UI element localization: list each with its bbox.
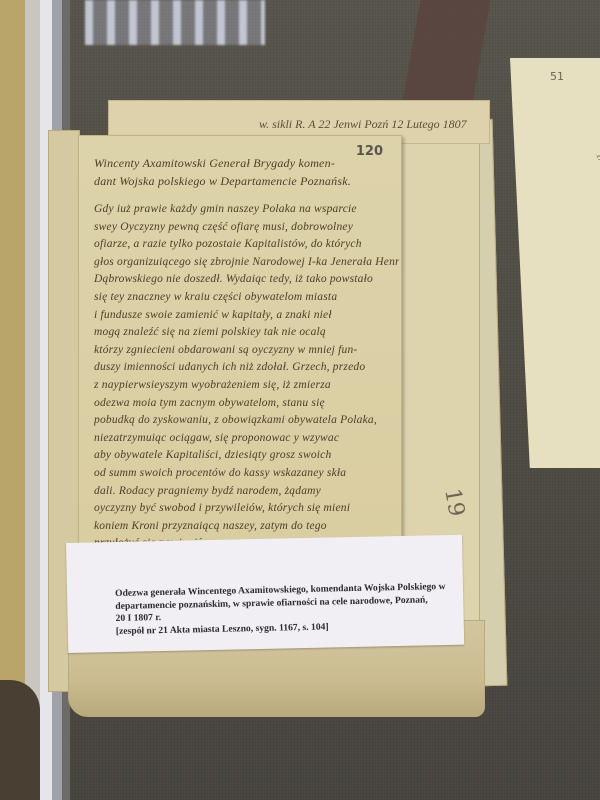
body-line: oyczyzny być swobod i przywileiów, który… — [94, 500, 399, 518]
body-line: odezwa moia tym zacnym obywatelom, stanu… — [94, 395, 399, 413]
adjacent-page-number: 51 — [550, 70, 564, 83]
manuscript-heading: Wincenty Axamitowski Generał Brygady kom… — [94, 154, 394, 190]
body-line: pobudką do zyskowaniu, z obowiązkami oby… — [94, 412, 399, 430]
body-line: koniem Kroni przyznaiącą naszey, zatym d… — [94, 518, 399, 536]
body-line: mogą znaleźć się na ziemi polskiey tak n… — [94, 324, 399, 342]
body-line: którzy zgniecieni obdarowani są oyczyzny… — [94, 342, 399, 360]
caption-label: Odezwa generała Wincentego Axamitowskieg… — [66, 535, 464, 653]
body-line: od summ swoich procentów do kassy wskaza… — [94, 465, 399, 483]
body-line: duszy imienności udanych ich niż zdołał.… — [94, 359, 399, 377]
side-page-number: 19 — [439, 487, 468, 519]
glass-reflection — [85, 0, 265, 45]
heading-line: Wincenty Axamitowski Generał Brygady kom… — [94, 154, 394, 172]
body-line: niezatrzymuiąc ociągaw, się proponowac y… — [94, 430, 399, 448]
body-line: z naypierwsieyszym wyobrażeniem się, iż … — [94, 377, 399, 395]
body-line: aby obywatele Kapitaliści, dziesiąty gro… — [94, 447, 399, 465]
body-line: Dąbrowskiego nie doszedł. Wydaiąc tedy, … — [94, 271, 399, 289]
adjacent-margin-note: 1/- — [593, 151, 600, 167]
body-line: dali. Rodacy pragniemy bydź narodem, żąd… — [94, 483, 399, 501]
body-line: Gdy iuż prawie każdy gmin naszey Polaka … — [94, 201, 399, 219]
body-line: i fundusze swoie zamienić w kapitały, a … — [94, 307, 399, 325]
body-line: ofiarze, a razie tylko pozostaie Kapital… — [94, 236, 399, 254]
upper-page-header: w. sikli R. A 22 Jenwi Pozń 12 Lutego 18… — [259, 117, 467, 132]
body-line: swey Oyczyzny pewną część ofiarę musi, d… — [94, 219, 399, 237]
body-line: głos organizuiącego się zbrojnie Narodow… — [94, 254, 399, 272]
caption-text: Odezwa generała Wincentego Axamitowskieg… — [115, 581, 456, 638]
body-line: się tey znaczney w kraiu części obywatel… — [94, 289, 399, 307]
heading-line: dant Wojska polskiego w Departamencie Po… — [94, 172, 394, 190]
frame-shadow — [0, 680, 40, 800]
